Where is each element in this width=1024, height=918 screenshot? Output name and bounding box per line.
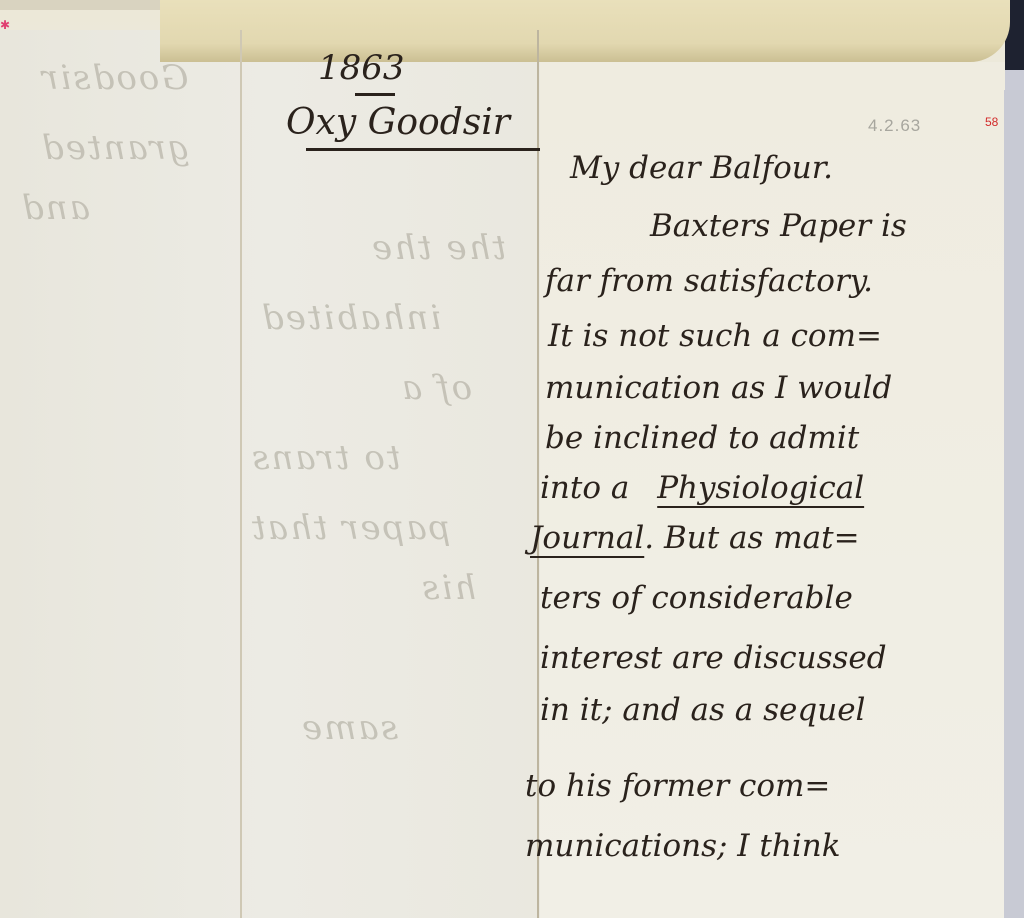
letter-line: Baxters Paper is	[650, 208, 907, 244]
bleed-through-text: his	[420, 568, 476, 608]
header-year: 1863	[318, 48, 405, 88]
bleed-through-text: same	[300, 708, 398, 748]
bleed-through-text: of a	[400, 368, 472, 408]
letter-line: in it; and as a sequel	[540, 692, 865, 728]
letter-line: to his former com=	[525, 768, 830, 804]
salutation: My dear Balfour.	[570, 150, 833, 186]
folded-paper-top	[160, 0, 1010, 62]
underlined-word: Journal	[530, 520, 644, 556]
letter-line: munication as I would	[545, 370, 892, 406]
year-underline	[355, 93, 395, 96]
letter-line: munications; I think	[525, 828, 840, 864]
right-edge-background	[1004, 90, 1024, 918]
bleed-through-text: and	[20, 188, 90, 228]
header-name: Oxy Goodsir	[286, 102, 510, 143]
corner-mark: ✱	[0, 18, 10, 32]
letter-line: interest are discussed	[540, 640, 887, 676]
bleed-through-text: granted	[40, 128, 190, 168]
fold-line	[240, 30, 242, 918]
archive-date: 4.2.63	[868, 116, 921, 136]
bleed-through-text: Goodsir	[40, 58, 188, 98]
letter-text: . But as mat=	[644, 520, 859, 556]
bleed-through-text: to trans	[250, 438, 400, 478]
letter-line: Journal. But as mat=	[530, 520, 860, 556]
letter-line: be inclined to admit	[545, 420, 859, 456]
document-photo: ✱ Goodsir granted and the the inhabited …	[0, 0, 1024, 918]
folio-number: 58	[985, 115, 998, 129]
letter-line: far from satisfactory.	[545, 263, 873, 299]
bleed-through-text: inhabited	[260, 298, 441, 338]
letter-line: ters of considerable	[540, 580, 853, 616]
underlined-word: Physiological	[657, 470, 864, 506]
letter-line: into a Physiological	[540, 470, 864, 506]
bleed-through-text: the the	[370, 228, 506, 268]
bleed-through-text: paper that	[250, 508, 450, 548]
letter-line: It is not such a com=	[548, 318, 882, 354]
letter-text: into a	[540, 470, 629, 506]
